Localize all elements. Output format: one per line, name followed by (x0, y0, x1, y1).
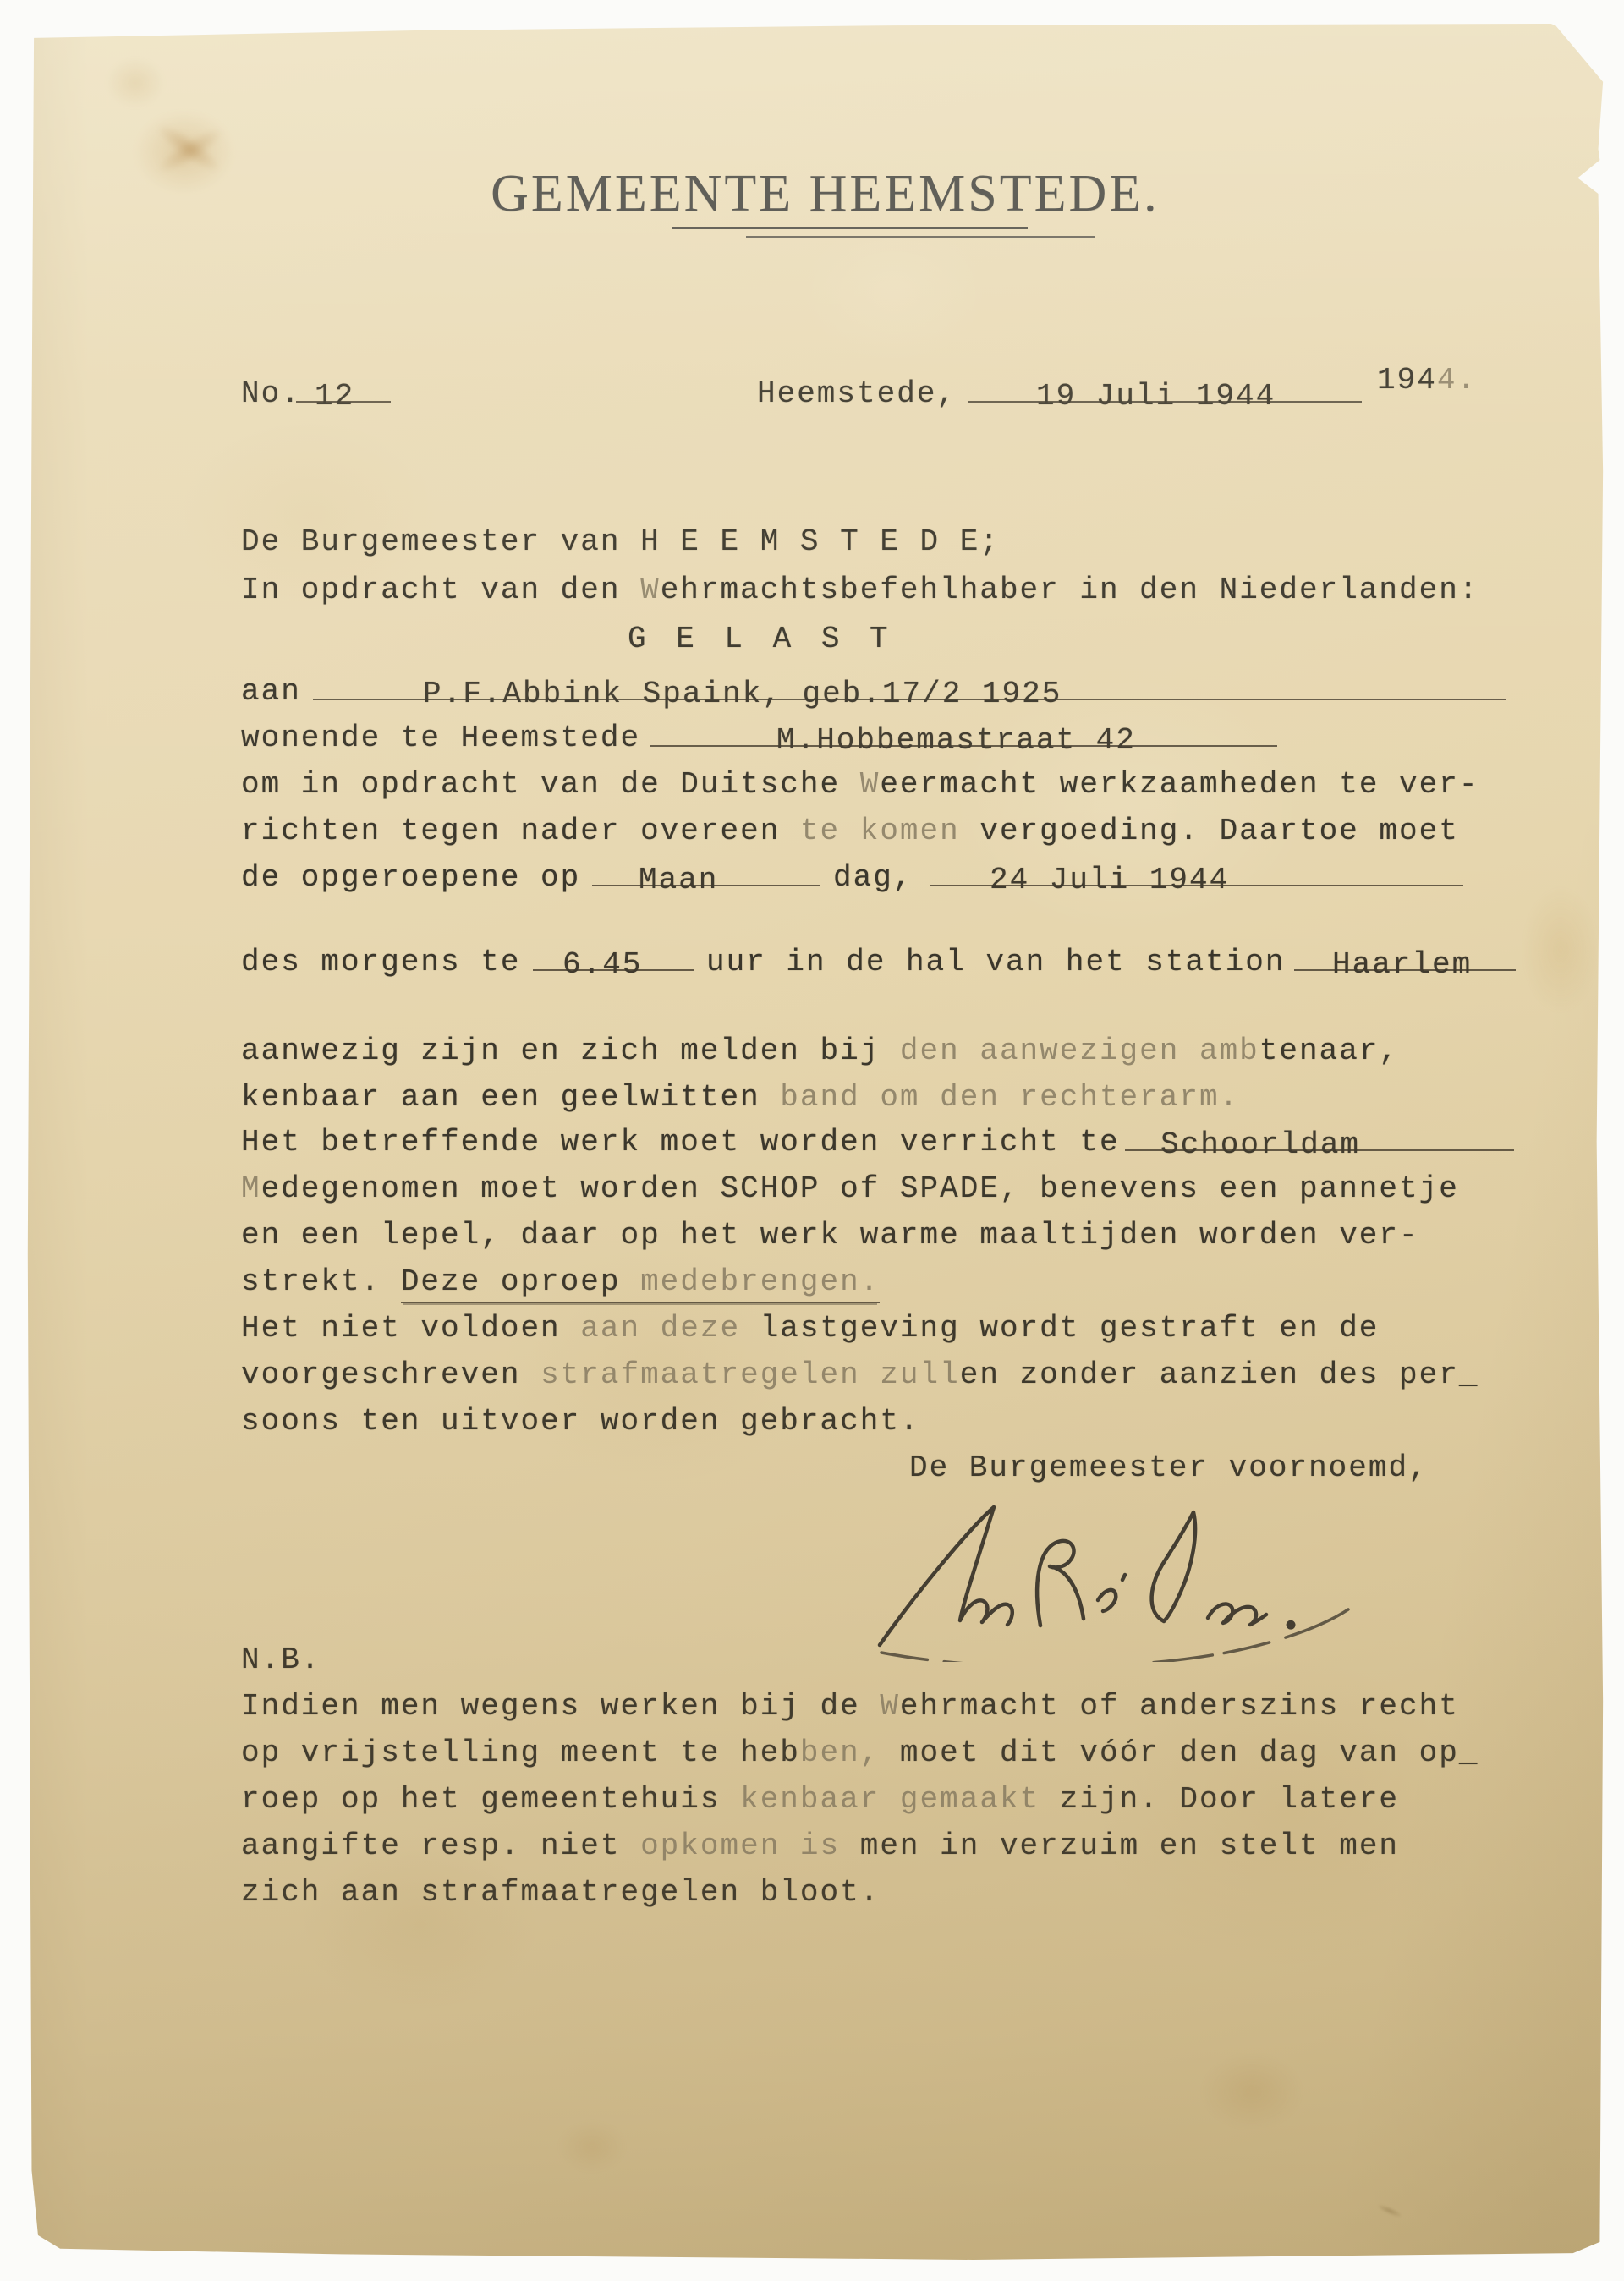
text-segment: eermacht werkzaamheden te ver- (880, 767, 1479, 802)
text-segment: ben, (800, 1735, 880, 1770)
body-line: aanwezig zijn en zich melden bij den aan… (241, 1036, 1399, 1066)
station-value: Haarlem (1332, 950, 1472, 980)
tijd-mid-label: uur in de hal van het station (706, 947, 1286, 978)
body-line: soons ten uitvoer worden gebracht. (241, 1406, 920, 1437)
aan-blank: P.F.Abbink Spaink, geb.17/2 1925 (313, 661, 1506, 700)
text-segment: M (241, 1171, 261, 1206)
station-blank: Haarlem (1294, 932, 1516, 971)
body-line: Het niet voldoen aan deze lastgeving wor… (241, 1313, 1379, 1344)
document-sheet: GEMEENTE HEEMSTEDE. No. 12 Heemstede, 19… (25, 24, 1605, 2260)
stain-blot (1522, 886, 1599, 1013)
stain-blot (134, 110, 235, 195)
text-segment: strafmaatregelen zull (540, 1357, 960, 1392)
body-line: Medegenomen moet worden SCHOP of SPADE, … (241, 1174, 1459, 1204)
text-segment: Deze oproep (401, 1264, 640, 1299)
tijd-time-blank: 6.45 (533, 932, 694, 971)
text-segment: voorgeschreven (241, 1357, 540, 1392)
body-line: en een lepel, daar op het werk warme maa… (241, 1220, 1419, 1251)
municipality-letterhead-title: GEMEENTE HEEMSTEDE. (491, 164, 1160, 224)
aan-label: aan (241, 677, 301, 707)
oproep-day-suffix: dag, (833, 863, 913, 893)
text-segment: Het niet voldoen (241, 1311, 580, 1346)
tijd-time-value: 6.45 (562, 950, 642, 980)
footnote-line: Indien men wegens werken bij de Wehrmach… (241, 1692, 1459, 1722)
oproep-label: de opgeroepene op (241, 863, 580, 893)
stain-blot (106, 58, 165, 108)
text-segment: op vrijstelling meent te heb (241, 1735, 800, 1770)
text-segment: Indien men wegens werken bij de (241, 1689, 880, 1724)
text-segment: W (880, 1689, 900, 1724)
body-line: kenbaar aan een geelwitten band om den r… (241, 1083, 1239, 1113)
text-segment: opkomen is (640, 1829, 840, 1863)
text-segment: en zonder aanzien des per_ (960, 1357, 1479, 1392)
text-segment: kenbaar aan een geelwitten (241, 1080, 780, 1115)
body-line: voorgeschreven strafmaatregelen zullen z… (241, 1360, 1479, 1390)
body-line-with-underline: strekt. Deze oproep medebrengen. (241, 1267, 880, 1297)
text-segment: ehrmachtsbefehlhaber in den Niederlanden… (661, 573, 1479, 607)
text-segment: In opdracht van den (241, 573, 640, 607)
text-segment: lastgeving wordt gestraft en de (740, 1311, 1379, 1346)
stain-cross-mark (154, 123, 227, 178)
stain-blot (1201, 2053, 1303, 2130)
text-segment: W (860, 767, 881, 802)
text-segment: aan deze (580, 1311, 740, 1346)
footnote-line: zich aan strafmaatregelen bloot. (241, 1878, 880, 1908)
text-segment: tenaar, (1259, 1034, 1399, 1068)
stain-blot (558, 2121, 626, 2172)
body-line-prefix: strekt. (241, 1264, 401, 1299)
footnote-line: roep op het gemeentehuis kenbaar gemaakt… (241, 1785, 1399, 1815)
text-segment: richten tegen nader overeen (241, 814, 800, 848)
text-segment: aangifte resp. niet (241, 1829, 640, 1863)
text-segment: aanwezig zijn en zich melden bij (241, 1034, 900, 1068)
text-segment: men in verzuim en stelt men (840, 1829, 1399, 1863)
text-segment: kenbaar gemaakt (740, 1782, 1040, 1817)
wonende-address-value: M.Hobbemastraat 42 (776, 726, 1136, 756)
dateline-date-value: 19 Juli 1944 (1036, 381, 1276, 412)
text-segment: vergoeding. Daartoe moet (960, 814, 1459, 848)
body-line: richten tegen nader overeen te komen ver… (241, 816, 1459, 847)
text-segment: moet dit vóór den dag van op_ (880, 1735, 1479, 1770)
letter-order-line: In opdracht van den Wehrmachtsbefehlhabe… (241, 575, 1479, 606)
document-number-blank: 12 (296, 364, 391, 403)
wonende-label: wonende te Heemstede (241, 723, 640, 754)
deze-oproep-underlined: Deze oproep medebrengen. (401, 1264, 881, 1303)
document-number-value: 12 (315, 381, 354, 412)
text-segment: roep op het gemeentehuis (241, 1782, 740, 1817)
letter-intro-line: De Burgemeester van H E E M S T E D E; (241, 527, 1000, 557)
text-segment: medebrengen. (640, 1264, 880, 1299)
footnote-label: N.B. (241, 1645, 321, 1675)
photo-backdrop: GEMEENTE HEEMSTEDE. No. 12 Heemstede, 19… (0, 0, 1624, 2281)
werk-label: Het betreffende werk moet worden verrich… (241, 1127, 1120, 1158)
signature-handwriting (787, 1472, 1379, 1662)
text-segment: edegenomen moet worden SCHOP of SPADE, b… (261, 1171, 1459, 1206)
body-line: om in opdracht van de Duitsche Weermacht… (241, 770, 1479, 800)
letterhead-underline-bottom (746, 236, 1095, 238)
werk-blank: Schoorldam (1125, 1112, 1514, 1151)
gelast-heading: G E L A S T (628, 624, 894, 655)
text-segment: den aanwezigen amb (900, 1034, 1259, 1068)
stain-cross-mark (153, 119, 224, 178)
footnote-line: aangifte resp. niet opkomen is men in ve… (241, 1831, 1399, 1862)
oproep-date-blank: 24 Juli 1944 (930, 847, 1463, 886)
footnote-line: op vrijstelling meent te hebben, moet di… (241, 1738, 1479, 1768)
text-segment: zijn. Door latere (1040, 1782, 1399, 1817)
dateline-place: Heemstede, (757, 379, 957, 409)
text-segment: te komen (800, 814, 960, 848)
text-segment: om in opdracht van de Duitsche (241, 767, 860, 802)
dateline-year-preprint: 1944. (1377, 365, 1477, 396)
aan-person-value: P.F.Abbink Spaink, geb.17/2 1925 (423, 679, 1062, 710)
tijd-label: des morgens te (241, 947, 520, 978)
text-segment: W (640, 573, 661, 607)
oproep-date-value: 24 Juli 1944 (990, 865, 1229, 896)
wonende-blank: M.Hobbemastraat 42 (650, 708, 1277, 747)
werk-location-value: Schoorldam (1160, 1130, 1360, 1160)
dateline-blank: 19 Juli 1944 (968, 364, 1362, 403)
text-segment: ehrmacht of anderszins recht (900, 1689, 1459, 1724)
oproep-day-blank: Maan (592, 847, 820, 886)
text-segment: band om den rechterarm. (780, 1080, 1239, 1115)
dateline-year-faint-digit: 4. (1437, 363, 1477, 398)
oproep-day-value: Maan (639, 865, 718, 896)
paper-fiber-mark (1377, 2202, 1403, 2219)
letterhead-underline-top (672, 227, 1028, 229)
document-number-label: No. (241, 379, 301, 409)
